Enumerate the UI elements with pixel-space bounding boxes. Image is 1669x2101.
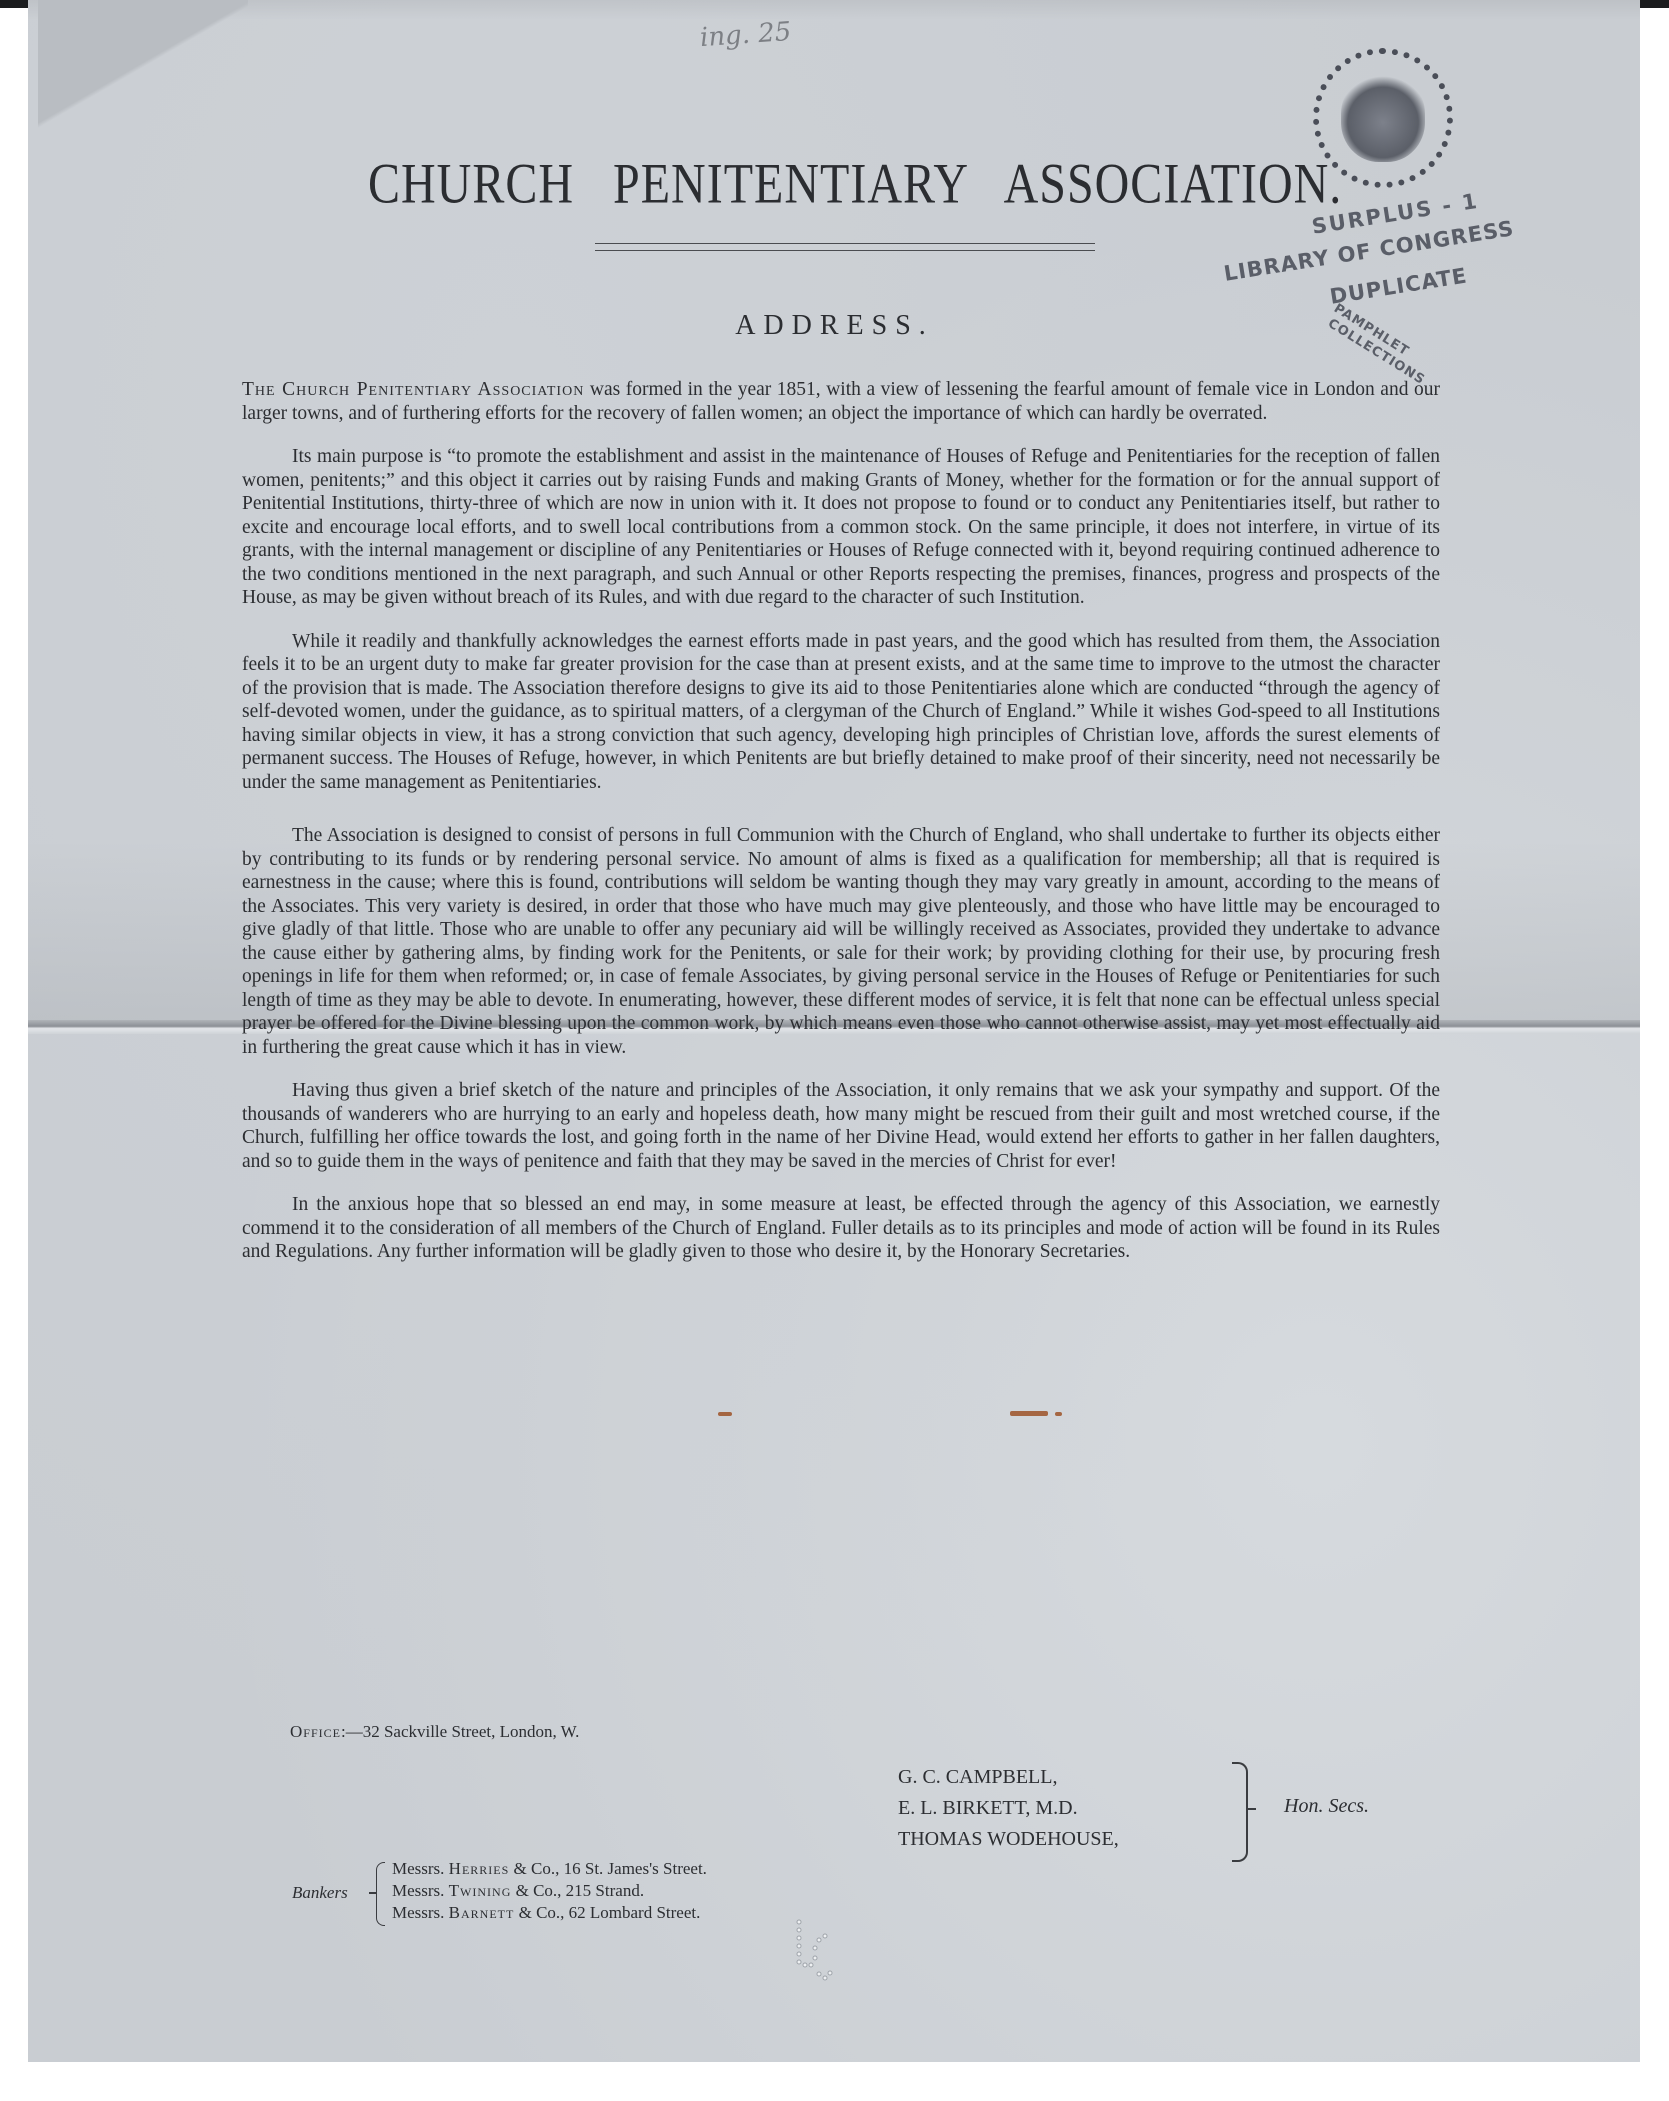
banker-entry: Messrs. Twining & Co., 215 Strand. — [392, 1880, 707, 1902]
left-brace-icon — [376, 1862, 385, 1926]
banker-entry: Messrs. Herries & Co., 16 St. James's St… — [392, 1858, 707, 1880]
address-body: The Church Penitentiary Association was … — [242, 378, 1440, 1284]
rust-stain — [1010, 1411, 1048, 1416]
paragraph-3: While it readily and thankfully acknowle… — [242, 630, 1440, 795]
paragraph-2: Its main purpose is “to promote the esta… — [242, 445, 1440, 610]
rust-stain — [718, 1412, 732, 1416]
secretary-name: THOMAS WODEHOUSE, — [898, 1824, 1119, 1855]
hon-secs-label: Hon. Secs. — [1284, 1795, 1369, 1818]
section-heading: ADDRESS. — [0, 310, 1669, 342]
rust-stain — [1055, 1412, 1062, 1416]
title-double-rule — [595, 243, 1095, 251]
perforation-mark-icon — [795, 1918, 835, 1994]
secretary-name: E. L. BIRKETT, M.D. — [898, 1793, 1119, 1824]
secretary-name: G. C. CAMPBELL, — [898, 1762, 1119, 1793]
association-name-smallcaps: The Church Penitentiary Association — [242, 379, 584, 400]
corner-fold — [38, 0, 248, 130]
banker-entry: Messrs. Barnett & Co., 62 Lombard Street… — [392, 1902, 707, 1924]
paragraph-1: The Church Penitentiary Association was … — [242, 378, 1440, 425]
right-brace-icon — [1232, 1762, 1248, 1862]
bankers-label: Bankers — [292, 1883, 348, 1903]
paragraph-5: Having thus given a brief sketch of the … — [242, 1079, 1440, 1173]
secretaries-list: G. C. CAMPBELL, E. L. BIRKETT, M.D. THOM… — [898, 1762, 1119, 1855]
bankers-list: Messrs. Herries & Co., 16 St. James's St… — [392, 1858, 707, 1924]
handwritten-note: ing. 25 — [699, 17, 792, 53]
paragraph-4: The Association is designed to consist o… — [242, 824, 1440, 1059]
paragraph-6: In the anxious hope that so blessed an e… — [242, 1193, 1440, 1264]
document-title: CHURCH PENITENTIARY ASSOCIATION. — [368, 152, 1318, 217]
office-address: Office:—32 Sackville Street, London, W. — [290, 1722, 579, 1742]
